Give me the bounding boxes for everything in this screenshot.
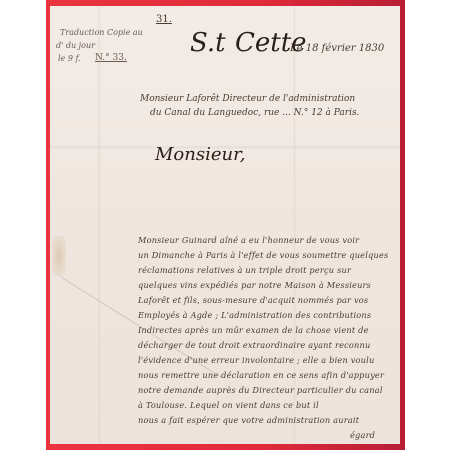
margin-note-line1: Traduction Copie au — [60, 28, 143, 37]
body-line: notre demande auprès du Directeur partic… — [138, 385, 383, 395]
place-initial: S.t — [190, 28, 226, 58]
body-line: décharger de tout droit extraordinaire a… — [138, 340, 370, 350]
body-line: l'évidence d'une erreur involontaire ; e… — [138, 355, 374, 365]
address-line1: Monsieur Laforêt Directeur de l'administ… — [140, 94, 355, 104]
body-line: Laforêt et fils, sous-mesure d'acquit no… — [138, 295, 368, 305]
margin-note-line3: le 9 f. — [58, 54, 81, 63]
body-line: quelques vins expédiés par notre Maison … — [138, 280, 371, 290]
body-line: Indirectes après un mûr examen de la cho… — [138, 325, 369, 335]
body-line: nous a fait espérer que votre administra… — [138, 415, 359, 425]
body-line: Employés à Agde ; L'administration des c… — [138, 310, 371, 320]
salutation: Monsieur, — [155, 144, 245, 165]
margin-note-number: N.° 33. — [95, 53, 127, 63]
catchword: égard — [350, 430, 375, 440]
body-line: Monsieur Guinard aîné a eu l'honneur de … — [138, 235, 359, 245]
body-line: nous remettre une déclaration en ce sens… — [138, 370, 384, 380]
body-line: à Toulouse. Lequel on vient dans ce but … — [138, 400, 319, 410]
letter-date: Le 18 février 1830 — [290, 43, 384, 54]
body-line: réclamations relatives à un triple droit… — [138, 265, 351, 275]
address-line2: du Canal du Languedoc, rue ... N.° 12 à … — [150, 108, 359, 118]
body-line: un Dimanche à Paris à l'effet de vous so… — [138, 250, 388, 260]
paper-stain — [52, 236, 66, 276]
reference-number: 31. — [156, 14, 172, 25]
margin-note-line2: d' du jour — [56, 41, 95, 50]
letter-paper: 31. Traduction Copie au d' du jour le 9 … — [50, 6, 400, 444]
